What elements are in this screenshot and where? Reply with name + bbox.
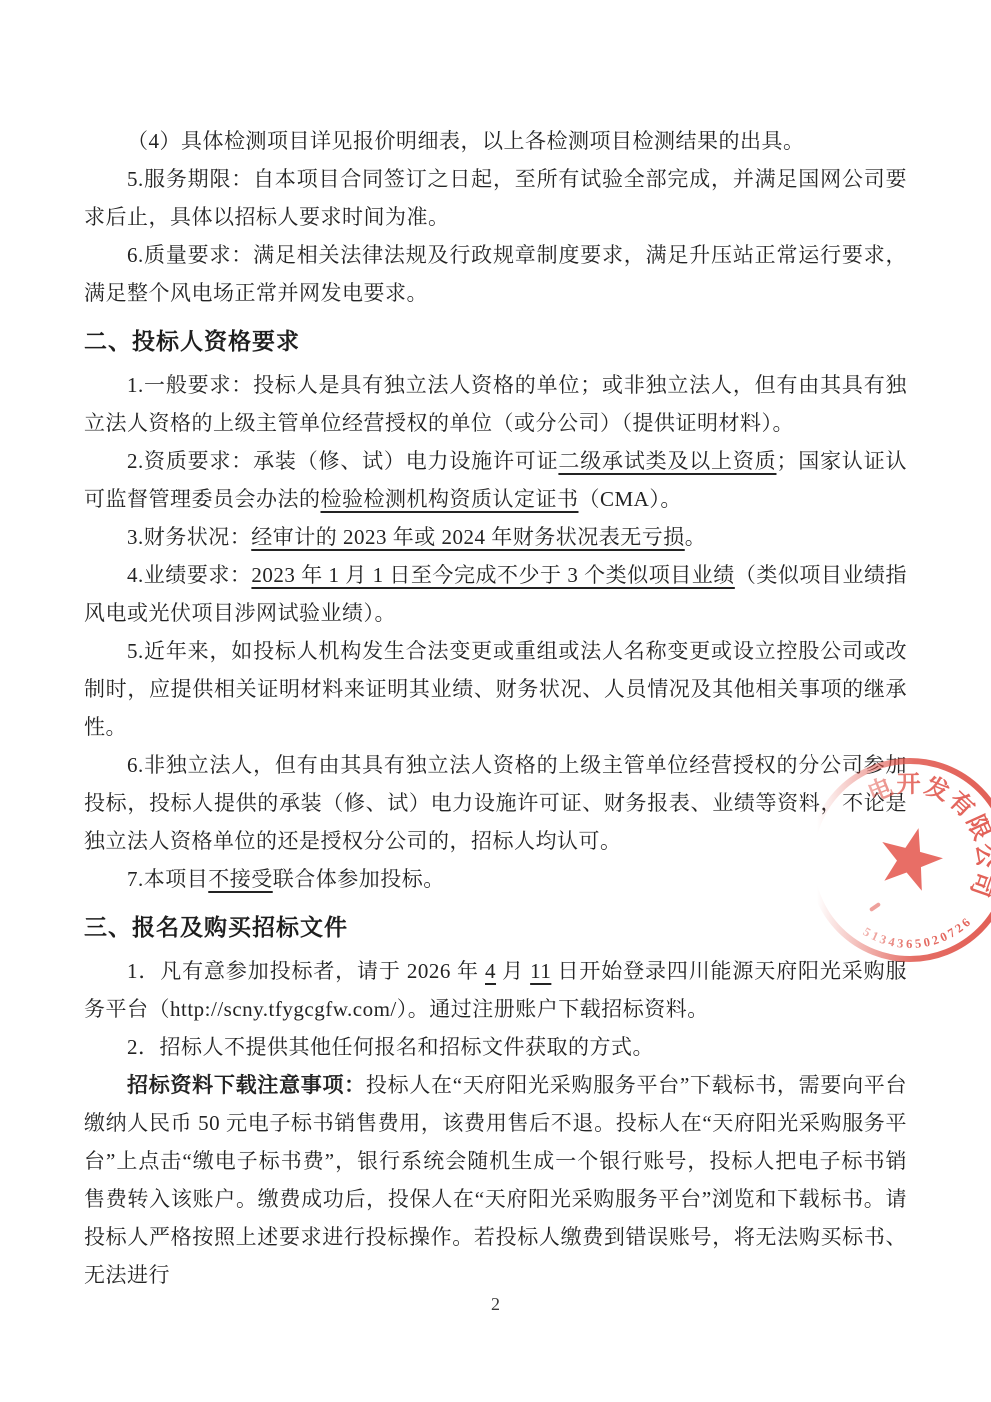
text-run: 6.质量要求：满足相关法律法规及行政规章制度要求，满足升压站正常运行要求，满足整… bbox=[84, 243, 907, 305]
bold-lead-in: 招标资料下载注意事项： bbox=[127, 1073, 366, 1097]
underlined-text: 2023 年 1 月 1 日至今完成不少于 3 个类似项目业绩 bbox=[251, 563, 734, 587]
paragraph: 5.服务期限：自本项目合同签订之日起，至所有试验全部完成，并满足国网公司要求后止… bbox=[84, 160, 907, 236]
paragraph: （4）具体检测项目详见报价明细表，以上各检测项目检测结果的出具。 bbox=[84, 122, 907, 160]
underlined-text: 不接受 bbox=[208, 867, 273, 891]
text-run: 三、报名及购买招标文件 bbox=[84, 915, 348, 940]
paragraph: 2.资质要求：承装（修、试）电力设施许可证二级承试类及以上资质；国家认证认可监督… bbox=[84, 442, 907, 518]
paragraph: 5.近年来，如投标人机构发生合法变更或重组或法人名称变更或设立控股公司或改制时，… bbox=[84, 632, 907, 746]
text-run: 联合体参加投标。 bbox=[273, 867, 445, 891]
paragraph: 1．凡有意参加投标者，请于 2026 年 4 月 11 日开始登录四川能源天府阳… bbox=[84, 952, 907, 1028]
text-run: 5.近年来，如投标人机构发生合法变更或重组或法人名称变更或设立控股公司或改制时，… bbox=[84, 639, 907, 739]
paragraph: 招标资料下载注意事项：投标人在“天府阳光采购服务平台”下载标书，需要向平台缴纳人… bbox=[84, 1066, 907, 1294]
document-page: { "page": { "number": "2", "background_c… bbox=[0, 0, 991, 1402]
paragraph: 6.非独立法人，但有由其具有独立法人资格的上级主管单位经营授权的分公司参加投标，… bbox=[84, 746, 907, 860]
section-heading: 二、投标人资格要求 bbox=[84, 320, 907, 364]
paragraph: 2．招标人不提供其他任何报名和招标文件获取的方式。 bbox=[84, 1028, 907, 1066]
text-run: 3.财务状况： bbox=[127, 525, 251, 549]
page-number: 2 bbox=[0, 1294, 991, 1315]
text-run: 二、投标人资格要求 bbox=[84, 329, 300, 354]
underlined-text: 11 bbox=[530, 959, 551, 983]
text-run: 5.服务期限：自本项目合同签订之日起，至所有试验全部完成，并满足国网公司要求后止… bbox=[84, 167, 907, 229]
text-run: 7.本项目 bbox=[127, 867, 208, 891]
text-run: 4.业绩要求： bbox=[127, 563, 251, 587]
underlined-text: 二级承试类及以上资质 bbox=[558, 449, 776, 473]
paragraph: 3.财务状况：经审计的 2023 年或 2024 年财务状况表无亏损。 bbox=[84, 518, 907, 556]
text-run: 2.资质要求：承装（修、试）电力设施许可证 bbox=[127, 449, 558, 473]
underlined-text: 检验检测机构资质认定证书 bbox=[321, 487, 579, 511]
paragraph: 6.质量要求：满足相关法律法规及行政规章制度要求，满足升压站正常运行要求，满足整… bbox=[84, 236, 907, 312]
underlined-text: 4 bbox=[485, 959, 496, 983]
text-run: 1．凡有意参加投标者，请于 2026 年 bbox=[127, 959, 485, 983]
paragraph: 7.本项目不接受联合体参加投标。 bbox=[84, 860, 907, 898]
text-run: （CMA）。 bbox=[579, 487, 682, 511]
text-run: 1.一般要求：投标人是具有独立法人资格的单位；或非独立法人，但有由其具有独立法人… bbox=[84, 373, 907, 435]
text-run: 6.非独立法人，但有由其具有独立法人资格的上级主管单位经营授权的分公司参加投标，… bbox=[84, 753, 907, 853]
paragraph: 4.业绩要求：2023 年 1 月 1 日至今完成不少于 3 个类似项目业绩（类… bbox=[84, 556, 907, 632]
text-run: （4）具体检测项目详见报价明细表，以上各检测项目检测结果的出具。 bbox=[127, 129, 805, 153]
underlined-text: 经审计的 2023 年或 2024 年财务状况表无亏损 bbox=[251, 525, 685, 549]
text-run: 。 bbox=[685, 525, 707, 549]
section-heading: 三、报名及购买招标文件 bbox=[84, 906, 907, 950]
text-run: 投标人在“天府阳光采购服务平台”下载标书，需要向平台缴纳人民币 50 元电子标书… bbox=[84, 1073, 907, 1287]
paragraph: 1.一般要求：投标人是具有独立法人资格的单位；或非独立法人，但有由其具有独立法人… bbox=[84, 366, 907, 442]
document-body: （4）具体检测项目详见报价明细表，以上各检测项目检测结果的出具。5.服务期限：自… bbox=[84, 122, 907, 1294]
text-run: 月 bbox=[496, 959, 530, 983]
text-run: 2．招标人不提供其他任何报名和招标文件获取的方式。 bbox=[127, 1035, 654, 1059]
